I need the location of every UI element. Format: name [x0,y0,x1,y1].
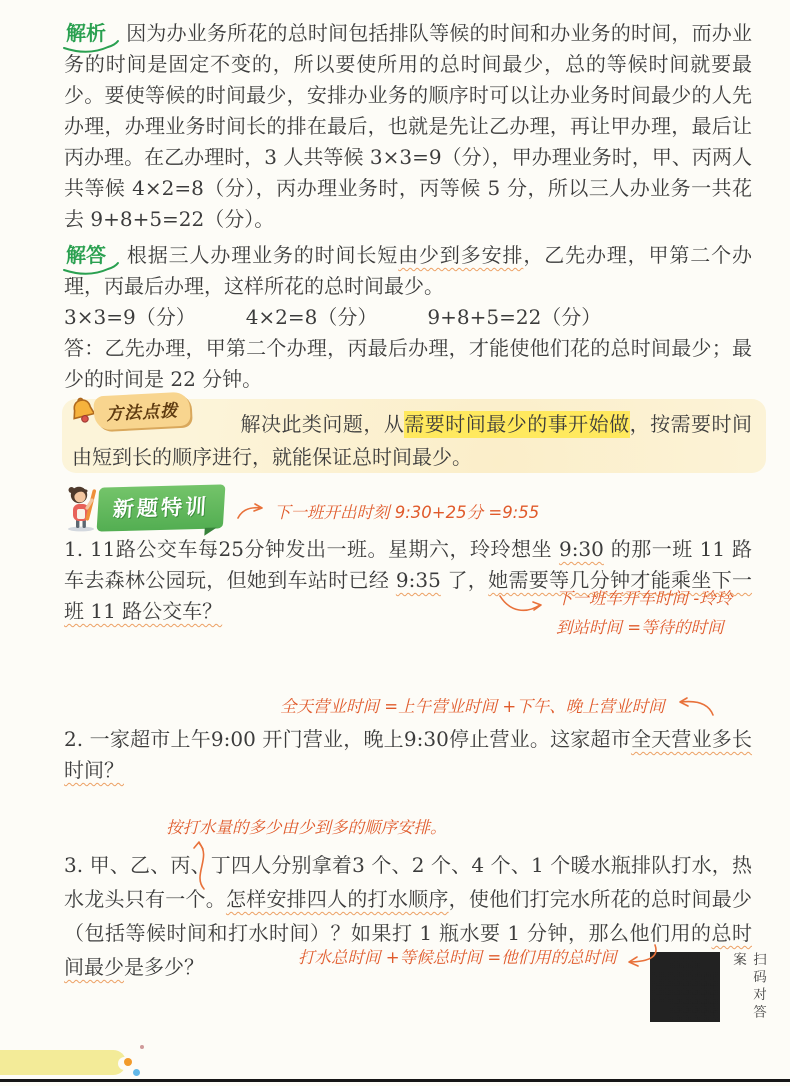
annotation-lines: 下一班车开车时间 -玲玲 到站时间 =等待的时间 [556,584,732,642]
underlined-text: 9:35 [396,568,441,592]
annotation-text: 到站时间 =等待的时间 [556,613,732,642]
dot-blue [133,1069,140,1076]
analysis-label: 解析 [64,18,108,49]
annotation-q1-wait-time: 下一班车开车时间 -玲玲 到站时间 =等待的时间 [498,584,732,642]
question-2-text: 2. 一家超市上午9:00 开门营业，晚上9:30停止营业。这家超市全天营业多长… [64,727,752,782]
label-swoosh-underline [62,263,124,278]
annotation-text: 下一班开出时刻 9:30+25分 =9:55 [274,498,539,527]
text-segment: 1. 11路公交车每25分钟发出一班。星期六，玲玲想坐 [64,537,559,561]
annotation-text: 按打水量的多少由少到多的顺序安排。 [166,818,447,837]
underlined-text: 由少到多安排 [398,243,523,267]
analysis-text: 因为办业务所花的总时间包括排队等候的时间和办业务的时间，而办业务的时间是固定不变… [64,21,752,231]
annotation-text: 打水总时间 +等候总时间 =他们用的总时间 [298,943,617,972]
annotation-q2-business-hours: 全天营业时间 =上午营业时间 +下午、晚上营业时间 [280,692,715,721]
student-icon [64,484,102,532]
annotation-text: 全天营业时间 =上午营业时间 +下午、晚上营业时间 [280,692,665,721]
dot-orange [124,1058,132,1066]
annotation-q3-total-time: 打水总时间 +等候总时间 =他们用的总时间 [298,943,663,972]
text-segment: 是多少？ [124,955,204,979]
underlined-text: 怎样安排四人的打水顺序 [226,887,449,911]
annotation-text: 下一班车开车时间 -玲玲 [556,584,732,613]
equation-1: 3×3=9（分） [64,302,196,333]
question-2: 2. 一家超市上午9:00 开门营业，晚上9:30停止营业。这家超市全天营业多长… [64,724,752,786]
page-number-bar [0,1050,126,1075]
analysis-paragraph: 解析因为办业务所花的总时间包括排队等候的时间和办业务的时间，而办业务的时间是固定… [64,18,752,235]
text-segment: 2. 一家超市上午9:00 开门营业，晚上9:30停止营业。这家超市 [64,727,631,751]
solution-label: 解答 [64,240,108,271]
highlighted-text: 需要时间最少的事开始做 [404,411,629,438]
arrow-right-icon [236,500,268,522]
solution-paragraph: 解答根据三人办理业务的时间长短由少到多安排，乙先办理，甲第二个办理，丙最后办理，… [64,240,752,302]
solution-answer: 答：乙先办理，甲第二个办理，丙最后办理，才能使他们花的总时间最少；最少的时间是 … [64,333,752,395]
solution-intro: 根据三人办理业务的时间长短由少到多安排，乙先办理，甲第二个办理，丙最后办理，这样… [64,243,752,298]
solution-section: 解答根据三人办理业务的时间长短由少到多安排，乙先办理，甲第二个办理，丙最后办理，… [64,240,752,395]
arrow-swoosh-icon [498,592,546,618]
label-swoosh-underline [62,41,124,56]
solution-equations: 3×3=9（分） 4×2=8（分） 9+8+5=22（分） [64,302,752,333]
annotation-q3-order: 按打水量的多少由少到多的顺序安排。 [166,813,447,842]
underlined-text: 9:30 [559,537,604,561]
method-tips-badge: 方法点拨 [68,394,190,428]
badge-spacer [72,430,240,431]
annotation-q1-next-bus: 下一班开出时刻 9:30+25分 =9:55 [236,498,539,527]
training-badge: 新题特训 [64,484,224,532]
workbook-page: 解析因为办业务所花的总时间包括排队等候的时间和办业务的时间，而办业务的时间是固定… [0,0,790,1086]
text-segment: 解决此类问题，从 [240,412,404,436]
arrow-left-icon [673,695,715,719]
equation-3: 9+8+5=22（分） [427,302,601,333]
text-segment: 根据三人办理业务的时间长短 [126,243,398,267]
equation-2: 4×2=8（分） [246,302,378,333]
analysis-section: 解析因为办业务所花的总时间包括排队等候的时间和办业务的时间，而办业务的时间是固定… [64,18,752,235]
training-badge-label: 新题特训 [97,484,226,531]
arrow-curve-icon [188,839,218,891]
method-tips-box: 方法点拨 解决此类问题，从需要时间最少的事开始做，按需要时间由短到长的顺序进行，… [62,399,766,473]
text-segment: 了， [441,568,488,592]
dot-pink [140,1045,144,1049]
method-tips-badge-label: 方法点拨 [93,392,191,431]
arrow-left-icon [623,943,663,969]
bottom-rule [0,1079,790,1082]
